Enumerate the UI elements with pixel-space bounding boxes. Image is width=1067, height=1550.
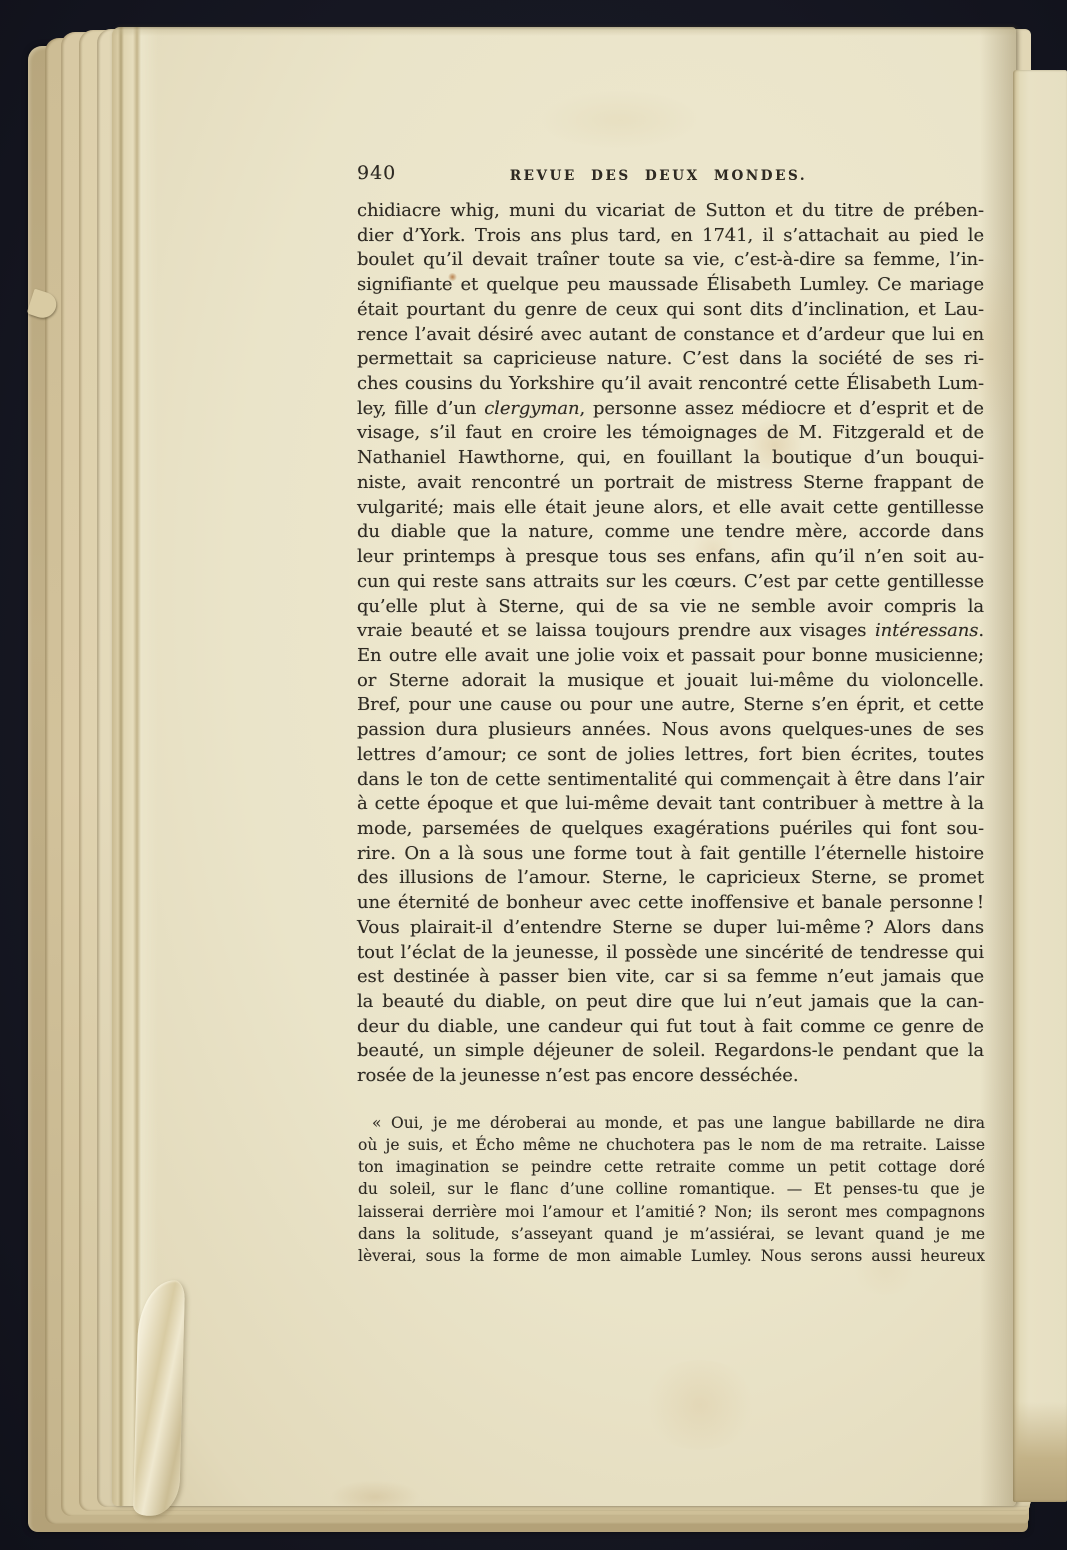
body-text: chidiacre whig, muni du vicariat de Sutt…: [357, 199, 984, 1089]
text-line: signifiante et quelque peu maussade Élis…: [357, 273, 984, 298]
crumpled-page-fold: [133, 1279, 185, 1516]
text-line: du diable que la nature, comme une tendr…: [357, 520, 984, 545]
text-line: dans le ton de cette sentimentalité qui …: [357, 768, 984, 793]
text-line: passion dura plusieurs années. Nous avon…: [357, 718, 984, 743]
text-line: permettait sa capricieuse nature. C’est …: [357, 347, 984, 372]
text-line: une éternité de bonheur avec cette inoff…: [357, 891, 984, 916]
text-line: laisserai derrière moi l’amour et l’amit…: [358, 1201, 985, 1223]
text-line: vraie beauté et se laissa toujours prend…: [357, 619, 984, 644]
text-line: où je suis, et Écho même ne chuchotera p…: [358, 1134, 985, 1156]
text-line: cun qui reste sans attraits sur les cœur…: [357, 570, 984, 595]
text-line: boulet qu’il devait traîner toute sa vie…: [357, 248, 984, 273]
text-line: Bref, pour une cause ou pour une autre, …: [357, 693, 984, 718]
text-line: rosée de la jeunesse n’est pas encore de…: [357, 1064, 984, 1089]
text-line: Nathaniel Hawthorne, qui, en fouillant l…: [357, 446, 984, 471]
text-line: lettres d’amour; ce sont de jolies lettr…: [357, 743, 984, 768]
book-photograph: 940 REVUE DES DEUX MONDES. chidiacre whi…: [0, 0, 1067, 1550]
text-line: niste, avait rencontré un portrait de mi…: [357, 471, 984, 496]
text-line: mode, parsemées de quelques exagérations…: [357, 817, 984, 842]
text-line: la beauté du diable, on peut dire que lu…: [357, 990, 984, 1015]
text-line: rence l’avait désiré avec autant de cons…: [357, 323, 984, 348]
text-line: du soleil, sur le flanc d’une colline ro…: [358, 1178, 985, 1200]
text-line: Vous plairait-il d’entendre Sterne se du…: [357, 916, 984, 941]
text-line: ches cousins du Yorkshire qu’il avait re…: [357, 372, 984, 397]
text-line: vulgarité; mais elle était jeune alors, …: [357, 496, 984, 521]
text-line: qu’elle plut à Sterne, qui de sa vie ne …: [357, 595, 984, 620]
text-line: beauté, un simple déjeuner de soleil. Re…: [357, 1039, 984, 1064]
text-line: était pourtant du genre de ceux qui sont…: [357, 298, 984, 323]
text-line: rire. On a là sous une forme tout à fait…: [357, 842, 984, 867]
text-line: « Oui, je me déroberai au monde, et pas …: [358, 1112, 985, 1134]
text-line: lèverai, sous la forme de mon aimable Lu…: [358, 1245, 985, 1267]
text-line: dans la solitude, s’asseyant quand je m’…: [358, 1223, 985, 1245]
text-line: est destinée à passer bien vite, car si …: [357, 965, 984, 990]
text-line: En outre elle avait une jolie voix et pa…: [357, 644, 984, 669]
text-line: à cette époque et que lui-même devait ta…: [357, 792, 984, 817]
text-line: leur printemps à presque tous ses enfans…: [357, 545, 984, 570]
adjacent-page-edge: [1013, 70, 1067, 1502]
text-line: dier d’York. Trois ans plus tard, en 174…: [357, 224, 984, 249]
text-line: des illusions de l’amour. Sterne, le cap…: [357, 866, 984, 891]
text-line: visage, s’il faut en croire les témoigna…: [357, 421, 984, 446]
text-line: tout l’éclat de la jeunesse, il possède …: [357, 941, 984, 966]
running-title: REVUE DES DEUX MONDES.: [345, 168, 972, 184]
text-line: deur du diable, une candeur qui fut tout…: [357, 1015, 984, 1040]
text-line: chidiacre whig, muni du vicariat de Sutt…: [357, 199, 984, 224]
quote-text: « Oui, je me déroberai au monde, et pas …: [358, 1112, 985, 1267]
text-line: ley, fille d’un clergyman, personne asse…: [357, 397, 984, 422]
text-line: or Sterne adorait la musique et jouait l…: [357, 669, 984, 694]
text-line: ton imagination se peindre cette retrait…: [358, 1156, 985, 1178]
